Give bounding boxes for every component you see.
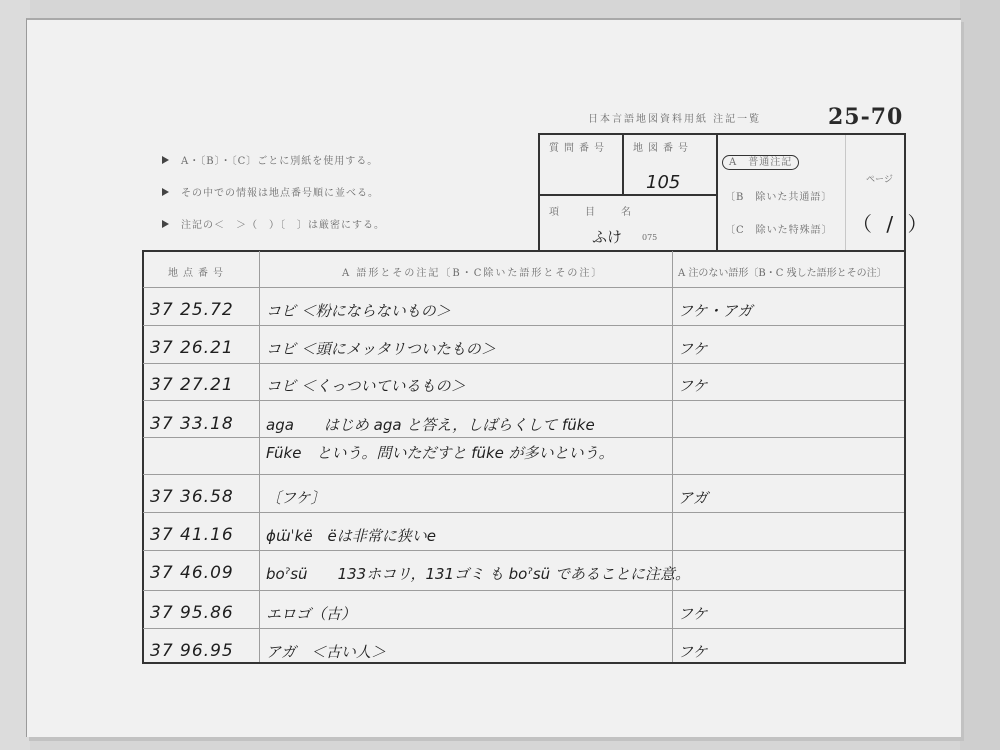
- instruction-text: 注記の＜ ＞（ ）〔 〕は厳密にする。: [181, 216, 385, 231]
- point-number: 37 26.21: [150, 338, 234, 358]
- point-number: 37 96.95: [150, 641, 234, 661]
- column-header-point: 地点番号: [168, 264, 228, 279]
- annotated-form: コビ ＜くっついているもの＞: [266, 375, 465, 396]
- form-title: 日本言語地図資料用紙 注記一覧: [588, 110, 761, 125]
- annotated-form: ɸɯ̈ˈkë ëは非常に狭いe: [266, 525, 436, 546]
- map-number-label: 地図番号: [633, 139, 693, 154]
- category-b[interactable]: 〔B 除いた共通語〕: [725, 188, 832, 203]
- category-c[interactable]: 〔C 除いた特殊語〕: [725, 221, 833, 236]
- plain-form: フケ: [678, 338, 708, 359]
- ruled-line: [143, 287, 904, 288]
- point-number: 37 27.21: [150, 375, 234, 395]
- instruction-text: その中での情報は地点番号順に並べる。: [181, 184, 379, 199]
- plain-form: アガ: [678, 487, 708, 508]
- annotated-form: boˀsü 133ホコリ，131ゴミ も boˀsü であることに注意。: [266, 563, 690, 584]
- map-number-value[interactable]: 105: [646, 172, 680, 193]
- ruled-line: [143, 325, 904, 326]
- triangle-bullet-icon: [162, 220, 169, 228]
- point-number: 37 46.09: [150, 563, 234, 583]
- annotated-form: 〔フケ〕: [266, 487, 326, 508]
- instruction-3: 注記の＜ ＞（ ）〔 〕は厳密にする。: [162, 216, 385, 231]
- column-header-plain: A 注のない語形〔B・C 残した語形とその注〕: [678, 264, 887, 279]
- item-name-label: 項 目 名: [549, 203, 639, 218]
- ruled-line: [143, 512, 904, 513]
- annotated-form: コビ ＜粉にならないもの＞: [266, 300, 451, 321]
- item-code: 075: [642, 233, 657, 242]
- ruled-line: [143, 550, 904, 551]
- triangle-bullet-icon: [162, 156, 169, 164]
- ruled-line: [143, 437, 904, 438]
- plain-form: フケ: [678, 641, 708, 662]
- ruled-line: [143, 400, 904, 401]
- category-a-label: A 普通注記: [722, 155, 799, 170]
- point-number: 37 25.72: [150, 300, 234, 320]
- ruled-line: [143, 628, 904, 629]
- point-number: 37 95.86: [150, 603, 234, 623]
- plain-form: フケ: [678, 375, 708, 396]
- plain-form: フケ: [678, 603, 708, 624]
- column-header-annotated: A 語形とその注記〔B・C除いた語形とその注〕: [342, 264, 603, 279]
- instruction-1: A・〔B〕・〔C〕ごとに別紙を使用する。: [162, 152, 378, 167]
- form-number: 25-70: [828, 104, 903, 130]
- question-number-label: 質問番号: [549, 139, 609, 154]
- plain-form: フケ・アガ: [678, 300, 752, 321]
- ruled-line: [143, 363, 904, 364]
- instruction-text: A・〔B〕・〔C〕ごとに別紙を使用する。: [181, 152, 378, 167]
- annotated-form-line2: Füke という。問いただすと füke が多いという。: [266, 442, 614, 463]
- category-a[interactable]: A 普通注記: [722, 153, 799, 168]
- instruction-2: その中での情報は地点番号順に並べる。: [162, 184, 379, 199]
- item-name-value[interactable]: ふけ: [592, 226, 622, 247]
- page-value[interactable]: （ / ）: [852, 208, 931, 237]
- annotated-form: アガ ＜古い人＞: [266, 641, 386, 662]
- annotated-form: aga はじめ aga と答え，しばらくして füke: [266, 414, 595, 435]
- point-number: 37 33.18: [150, 414, 234, 434]
- page-label: ページ: [866, 172, 893, 185]
- triangle-bullet-icon: [162, 188, 169, 196]
- ruled-line: [143, 590, 904, 591]
- annotated-form: コビ ＜頭にメッタリついたもの＞: [266, 338, 496, 359]
- point-number: 37 36.58: [150, 487, 234, 507]
- ruled-line: [143, 474, 904, 475]
- background-right: [960, 0, 1000, 750]
- annotated-form: エロゴ（古）: [266, 603, 356, 624]
- point-number: 37 41.16: [150, 525, 234, 545]
